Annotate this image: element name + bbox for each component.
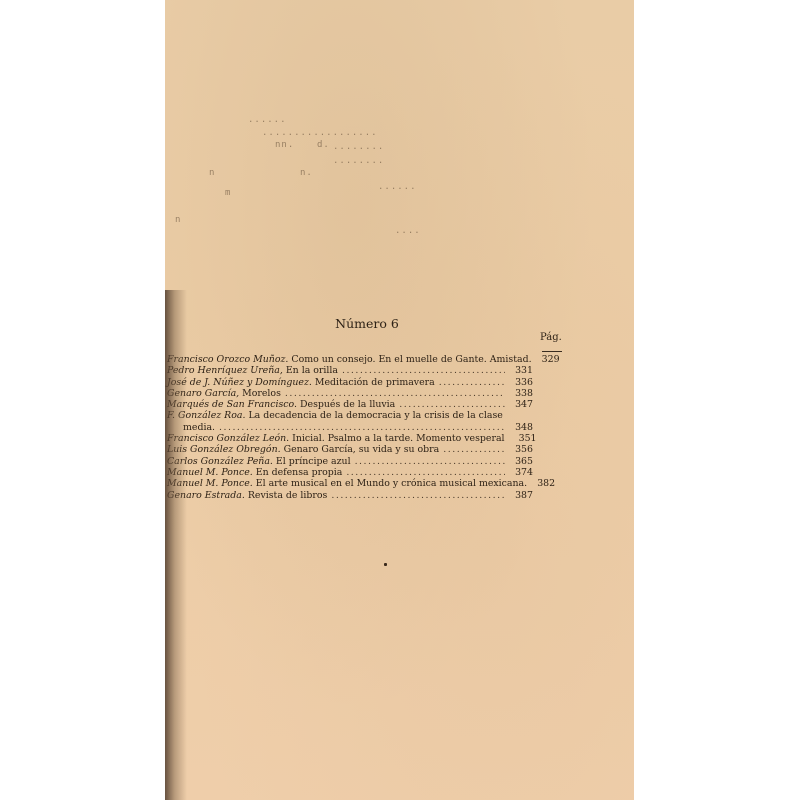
entry-title: En defensa propia	[256, 467, 343, 478]
entry-title-continued: media.	[183, 422, 215, 433]
toc-entry: Genaro Estrada.Revista de libros387	[165, 490, 634, 501]
ghost-mark: d.	[317, 140, 330, 150]
entry-page-number: 329	[536, 354, 560, 365]
entry-page-number: 351	[513, 433, 537, 444]
entry-page-number: 374	[509, 467, 533, 478]
ghost-mark: n	[175, 215, 181, 225]
entry-page-number: 338	[509, 388, 533, 399]
entry-author: Pedro Henríquez Ureña,	[167, 365, 283, 376]
toc-entry: Genaro García,Morelos338	[165, 388, 634, 399]
ghost-mark: ..................	[262, 128, 378, 138]
entry-title: Después de la lluvia	[300, 399, 395, 410]
ghost-mark: n.	[300, 168, 313, 178]
entry-author: Francisco Orozco Muñoz.	[167, 354, 288, 365]
entry-author: Francisco González León.	[167, 433, 289, 444]
dot-leader	[443, 444, 505, 455]
entry-author: F. González Roa.	[167, 410, 245, 421]
dot-leader	[439, 377, 505, 388]
entry-continuation: media.348	[167, 422, 634, 433]
ghost-mark: ....	[395, 226, 421, 236]
ink-speck	[384, 563, 387, 566]
toc-entry: Marqués de San Francisco.Después de la l…	[165, 399, 634, 410]
dot-leader	[355, 456, 505, 467]
entry-title: El arte musical en el Mundo y crónica mu…	[256, 478, 527, 489]
entry-author: Genaro García,	[167, 388, 239, 399]
entry-page-number: 382	[531, 478, 555, 489]
ghost-mark: ........	[333, 156, 384, 166]
ghost-mark: ........	[333, 142, 384, 152]
dot-leader	[399, 399, 505, 410]
toc-entry: Carlos González Peña.El príncipe azul365	[165, 456, 634, 467]
entry-page-number: 356	[509, 444, 533, 455]
entry-title: En la orilla	[286, 365, 338, 376]
toc-entry: Francisco González León.Inicial. Psalmo …	[165, 433, 634, 444]
toc-entry: Manuel M. Ponce.En defensa propia374	[165, 467, 634, 478]
entry-author: Carlos González Peña.	[167, 456, 273, 467]
toc-entry: Francisco Orozco Muñoz.Como un consejo. …	[165, 354, 634, 365]
entry-title: Como un consejo. En el muelle de Gante. …	[291, 354, 531, 365]
entry-title: Genaro García, su vida y su obra	[284, 444, 440, 455]
section-title: Número 6	[165, 316, 569, 331]
toc-entry: Luis González Obregón.Genaro García, su …	[165, 444, 634, 455]
page-column-rule	[542, 351, 562, 352]
entry-author: Genaro Estrada.	[167, 490, 245, 501]
entry-page-number: 347	[509, 399, 533, 410]
faded-previous-content: ...... .................. nn. d. .......…	[165, 100, 634, 300]
entry-title: Revista de libros	[248, 490, 328, 501]
entry-title: El príncipe azul	[276, 456, 351, 467]
dot-leader	[331, 490, 505, 501]
table-of-contents: Francisco Orozco Muñoz.Como un consejo. …	[165, 354, 634, 501]
page-column-header: Pág.	[540, 332, 562, 343]
entry-author: Manuel M. Ponce.	[167, 478, 253, 489]
entry-page-number: 365	[509, 456, 533, 467]
toc-entry: José de J. Núñez y Domínguez.Meditación …	[165, 377, 634, 388]
entry-page-number: 336	[509, 377, 533, 388]
ghost-mark: ......	[378, 182, 417, 192]
entry-title: Morelos	[242, 388, 281, 399]
entry-title: Meditación de primavera	[315, 377, 435, 388]
entry-author: Manuel M. Ponce.	[167, 467, 253, 478]
toc-entry: Manuel M. Ponce.El arte musical en el Mu…	[165, 478, 634, 489]
dot-leader	[342, 365, 505, 376]
ghost-mark: ......	[248, 115, 287, 125]
entry-author: Marqués de San Francisco.	[167, 399, 297, 410]
dot-leader	[346, 467, 505, 478]
dot-leader	[219, 422, 505, 433]
entry-page-number: 331	[509, 365, 533, 376]
entry-page-number: 348	[509, 422, 533, 433]
entry-author: José de J. Núñez y Domínguez.	[167, 377, 312, 388]
entry-page-number: 387	[509, 490, 533, 501]
ghost-mark: m	[225, 188, 231, 198]
ghost-mark: n	[209, 168, 215, 178]
book-page: ...... .................. nn. d. .......…	[165, 0, 634, 800]
ghost-mark: nn.	[275, 140, 294, 150]
entry-title: Inicial. Psalmo a la tarde. Momento vesp…	[292, 433, 504, 444]
toc-entry: F. González Roa.La decadencia de la demo…	[165, 410, 634, 433]
entry-author: Luis González Obregón.	[167, 444, 281, 455]
entry-title: La decadencia de la democracia y la cris…	[248, 410, 502, 421]
dot-leader	[285, 388, 505, 399]
toc-entry: Pedro Henríquez Ureña,En la orilla331	[165, 365, 634, 376]
